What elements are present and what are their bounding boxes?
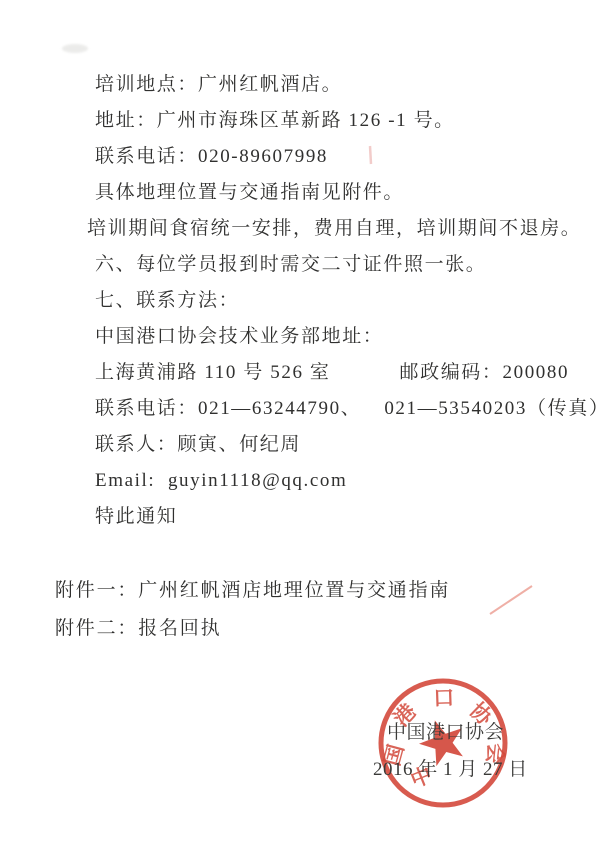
attachment-two: 附件二：报名回执 bbox=[55, 610, 604, 648]
text-line-training-location: 培训地点：广州红帆酒店。 bbox=[95, 67, 604, 103]
scanned-notice-page: 培训地点：广州红帆酒店。 地址：广州市海珠区革新路 126 -1 号。 联系电话… bbox=[0, 0, 604, 868]
text-line-map-note: 具体地理位置与交通指南见附件。 bbox=[95, 175, 604, 211]
signature-date: 2016 年 1 月 27 日 bbox=[373, 754, 528, 781]
text-line-lodging-note: 培训期间食宿统一安排，费用自理，培训期间不退房。 bbox=[87, 211, 604, 247]
text-line-item-seven: 七、联系方法： bbox=[95, 283, 604, 319]
attachment-one: 附件一：广州红帆酒店地理位置与交通指南 bbox=[55, 572, 604, 610]
attachments-list: 附件一：广州红帆酒店地理位置与交通指南 附件二：报名回执 bbox=[0, 572, 604, 648]
text-line-closing: 特此通知 bbox=[95, 499, 604, 535]
official-seal-stamp-icon: 中 国 港 口 协 会 bbox=[368, 670, 518, 820]
text-line-contacts: 联系人：顾寅、何纪周 bbox=[95, 427, 604, 463]
text-line-address: 地址：广州市海珠区革新路 126 -1 号。 bbox=[95, 103, 604, 139]
notice-body: 培训地点：广州红帆酒店。 地址：广州市海珠区革新路 126 -1 号。 联系电话… bbox=[0, 67, 604, 535]
text-line-shanghai-address: 上海黄浦路 110 号 526 室邮政编码：200080 bbox=[95, 355, 604, 391]
text-line-phone-shanghai: 联系电话：021—63244790、021—53540203（传真） bbox=[95, 391, 604, 427]
scan-smudge-artifact bbox=[62, 44, 88, 53]
text-line-phone-guangzhou: 联系电话：020-89607998 bbox=[95, 139, 604, 175]
signature-organization: 中国港口协会 bbox=[387, 717, 504, 744]
text-line-dept-address-label: 中国港口协会技术业务部地址： bbox=[95, 319, 604, 355]
svg-text:口: 口 bbox=[433, 686, 455, 711]
text-line-item-six: 六、每位学员报到时需交二寸证件照一张。 bbox=[95, 247, 604, 283]
text-line-email: Email: guyin1118@qq.com bbox=[95, 463, 604, 499]
